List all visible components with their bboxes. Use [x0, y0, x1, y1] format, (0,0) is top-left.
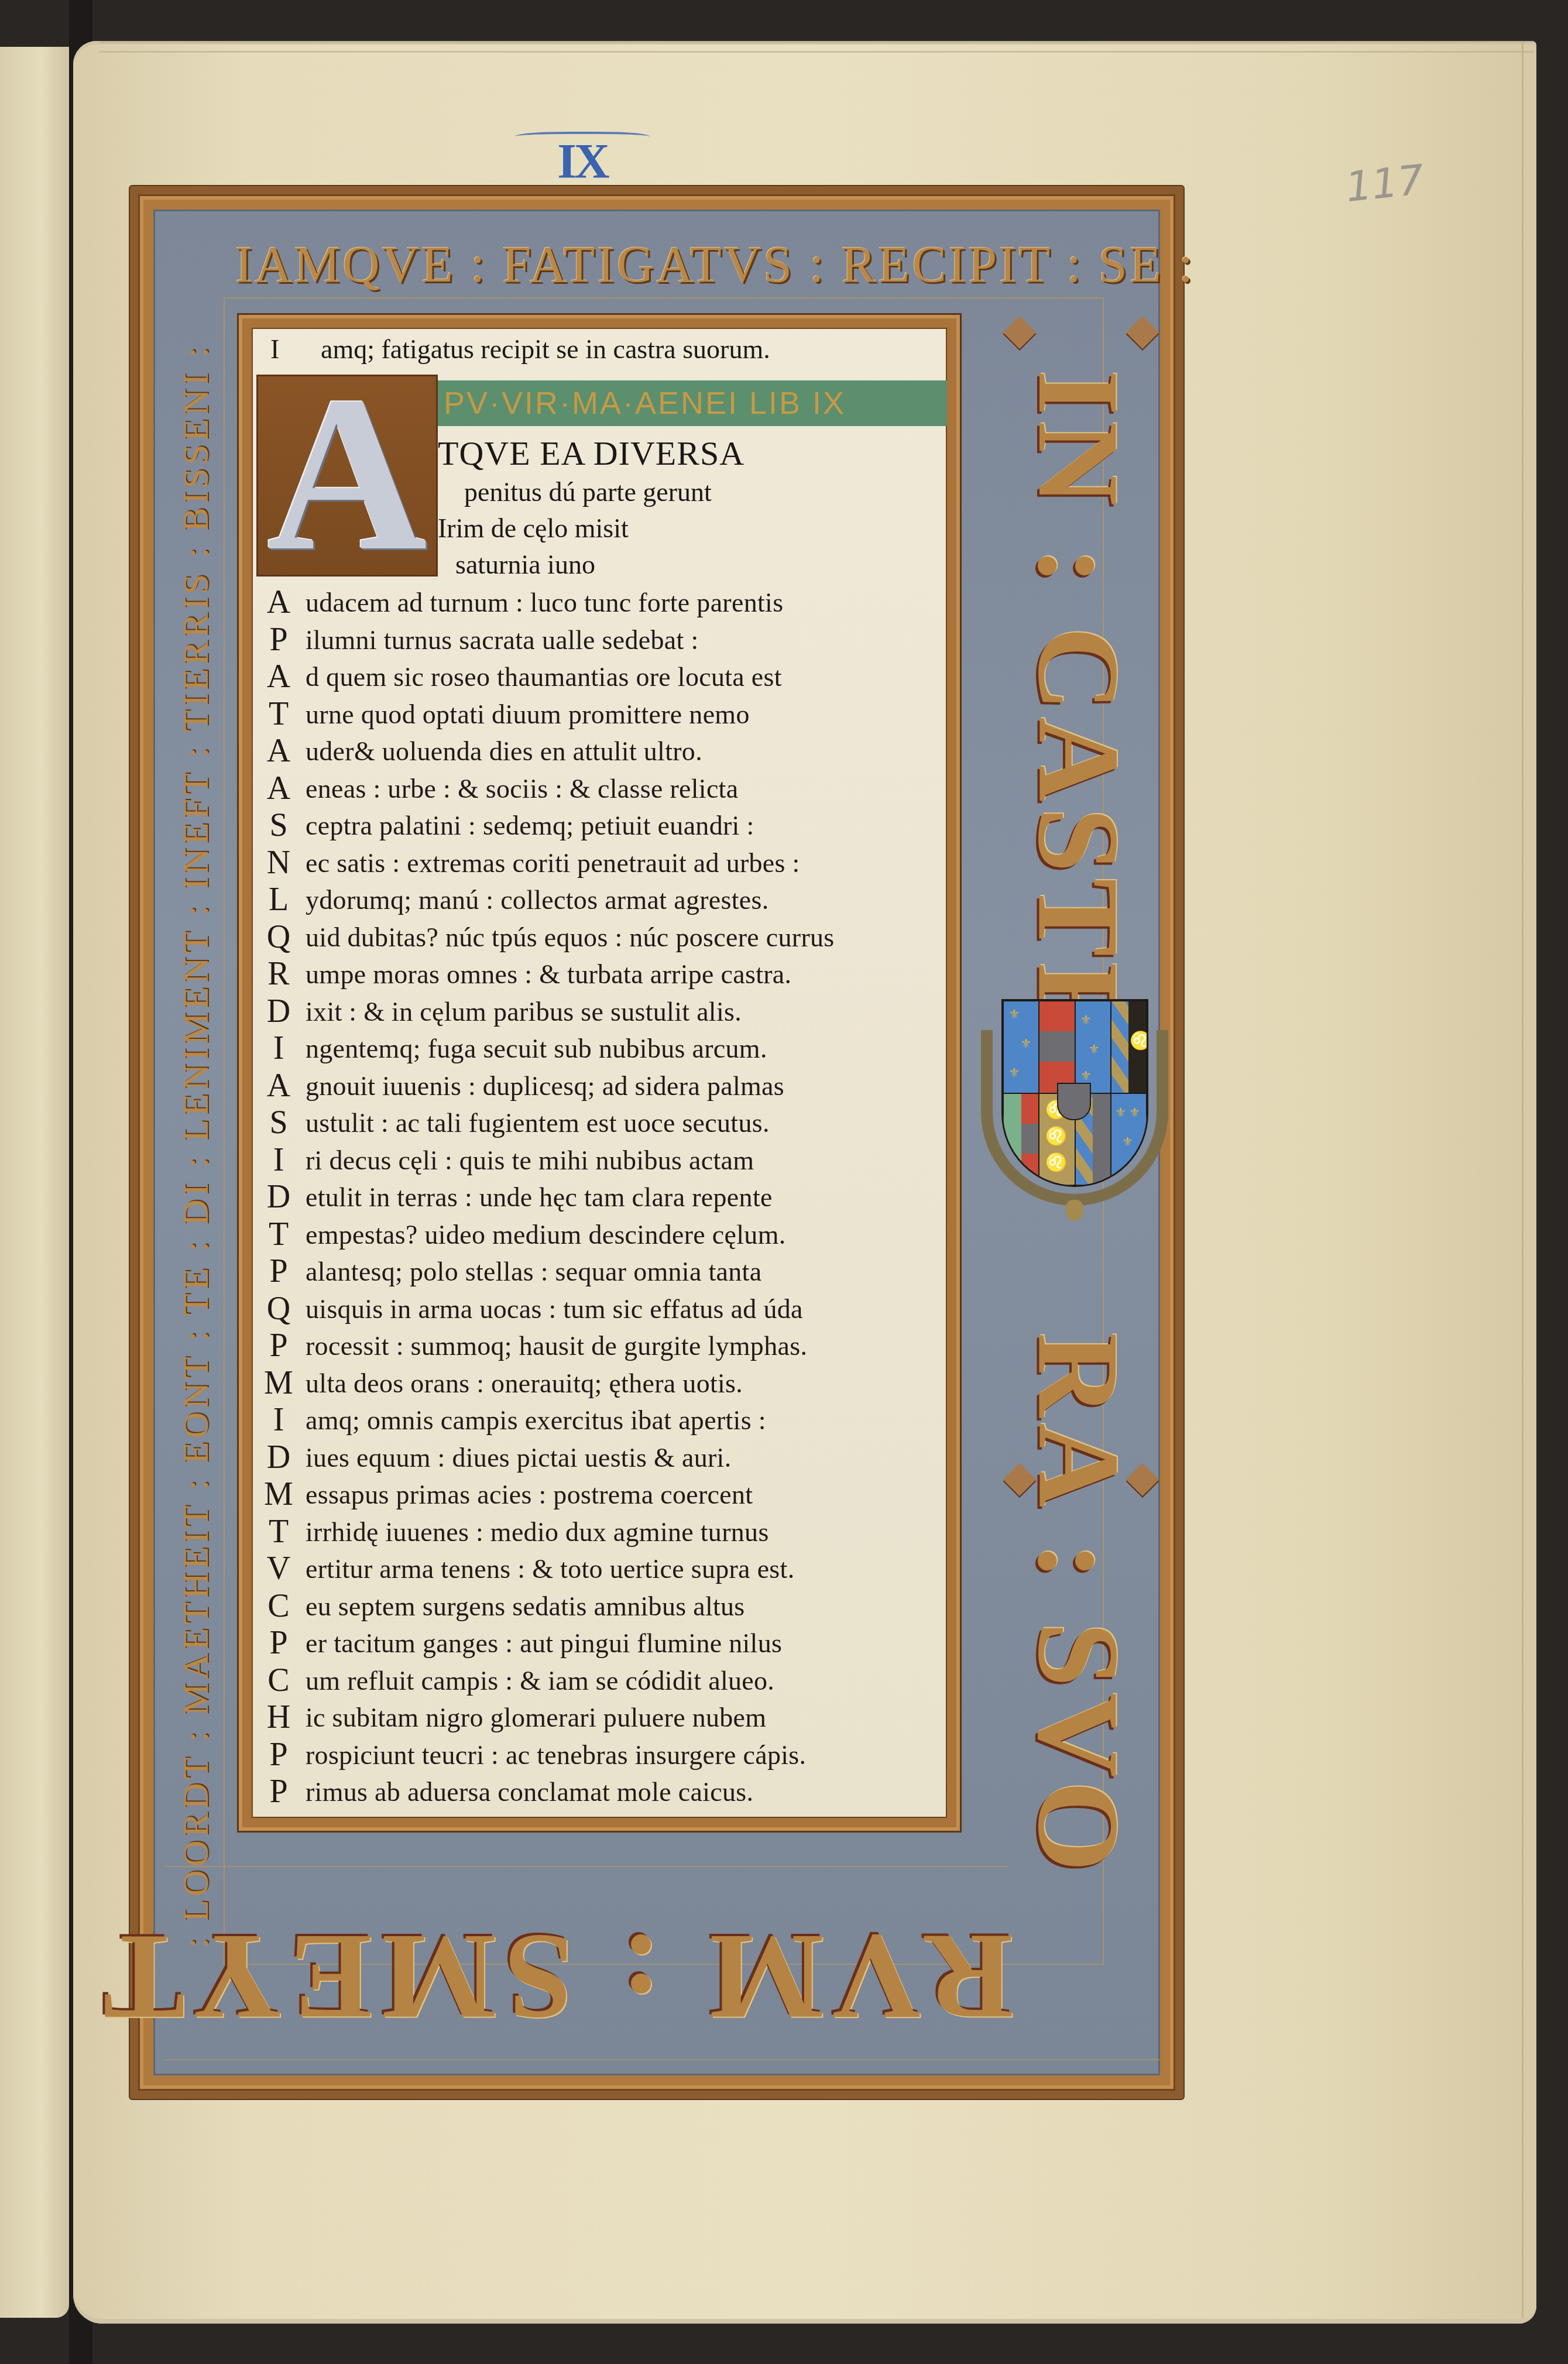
- verse-text: ri decus cęli : quis te mihi nubibus act…: [306, 1142, 754, 1179]
- verse-line: Primus ab aduersa conclamat mole caicus.: [252, 1773, 947, 1811]
- lion-icon: ♌: [1045, 1152, 1067, 1173]
- verse-capital: P: [252, 1773, 306, 1811]
- verse-line: Processit : summoq; hausit de gurgite ly…: [252, 1327, 947, 1365]
- verse-text: umpe moras omnes : & turbata arripe cast…: [306, 956, 791, 993]
- verse-text: ic subitam nigro glomerari puluere nubem: [306, 1699, 766, 1737]
- verse-line: Sustulit : ac tali fugientem est uoce se…: [252, 1104, 947, 1142]
- opening-line: penitus dú parte gerunt: [438, 474, 744, 510]
- checky-field: [1021, 1094, 1039, 1185]
- quarter-green-checky: [1003, 1093, 1039, 1186]
- folio-number: 117: [1343, 153, 1454, 222]
- verse-text: ulta deos orans : onerauitq; ęthera uoti…: [306, 1365, 743, 1402]
- fleur-de-lis-icon: ⚜: [1080, 1013, 1092, 1028]
- lion-icon: ♌: [1130, 1031, 1147, 1051]
- verse-capital: A: [252, 733, 306, 770]
- verse-text: gnouit iuuenis : duplicesq; ad sidera pa…: [306, 1068, 784, 1105]
- verse-capital: R: [252, 956, 306, 993]
- verse-text: iues equum : diues pictai uestis & auri.: [306, 1439, 731, 1477]
- verse-capital: S: [252, 807, 306, 845]
- verse-line: Prospiciunt teucri : ac tenebras insurge…: [252, 1737, 947, 1774]
- verse-line: Quid dubitas? núc tpús equos : núc posce…: [252, 919, 947, 956]
- verse-text: ydorumq; manú : collectos armat agrestes…: [306, 881, 769, 919]
- verse-line: Auder& uoluenda dies en attulit ultro.: [252, 733, 947, 770]
- verse-capital: D: [252, 1179, 306, 1216]
- quarter-checky: [1039, 1001, 1075, 1093]
- verse-line: Lydorumq; manú : collectos armat agreste…: [252, 881, 947, 919]
- fleur-de-lis-icon: ⚜: [1122, 1135, 1134, 1150]
- fleur-de-lis-icon: ⚜: [1020, 1037, 1032, 1051]
- verse-text: ngentemq; fuga secuit sub nubibus arcum.: [306, 1030, 767, 1068]
- verse-text: d quem sic roseo thaumantias ore locuta …: [306, 658, 782, 696]
- verse-line: Iri decus cęli : quis te mihi nubibus ac…: [252, 1142, 947, 1179]
- verse-capital: C: [252, 1588, 306, 1625]
- verse-text: ustulit : ac tali fugientem est uoce sec…: [306, 1104, 770, 1142]
- golden-fleece-pendant: [1066, 1200, 1083, 1221]
- fleur-de-lis-icon: ⚜: [1008, 1066, 1020, 1080]
- verse-text: eu septem surgens sedatis amnibus altus: [306, 1588, 745, 1625]
- bottom-inscription: RVM : SMEYT: [171, 1901, 1014, 2053]
- illuminated-initial: A: [256, 375, 438, 577]
- verse-capital: P: [252, 1327, 306, 1365]
- gold-rule: [165, 1866, 1008, 1867]
- verse-capital: I: [252, 1402, 306, 1439]
- verse-line: Messapus primas acies : postrema coercen…: [252, 1476, 947, 1514]
- opening-line: TQVE EA DIVERSA: [438, 433, 744, 474]
- verse-line: Iamq; omnis campis exercitus ibat aperti…: [252, 1402, 947, 1439]
- verse-capital: M: [252, 1365, 306, 1402]
- frame-molding: IAMQVE : FATIGATVS : RECIPIT : SE : : LO…: [138, 194, 1175, 2091]
- verse-text: uisquis in arma uocas : tum sic effatus …: [306, 1291, 803, 1328]
- verse-capital: A: [252, 770, 306, 808]
- verse-line: Ingentemq; fuga secuit sub nubibus arcum…: [252, 1030, 947, 1068]
- verse-text: etulit in terras : unde hęc tam clara re…: [306, 1179, 773, 1216]
- verse-capital: A: [252, 1068, 306, 1105]
- verse-capital: Q: [252, 919, 306, 956]
- verse-capital: P: [252, 1625, 306, 1662]
- verse-line: Tirrhidę iuuenes : medio dux agmine turn…: [252, 1514, 947, 1551]
- verse-line: Detulit in terras : unde hęc tam clara r…: [252, 1179, 947, 1216]
- fleur-de-lis-icon: ⚜: [1089, 1042, 1100, 1057]
- quarter-france: ⚜ ⚜ ⚜: [1075, 1001, 1111, 1093]
- verse-line: Dixit : & in cęlum paribus se sustulit a…: [252, 993, 947, 1031]
- verse-text: udacem ad turnum : luco tunc forte paren…: [306, 584, 783, 622]
- verse-line: Ad quem sic roseo thaumantias ore locuta…: [252, 658, 947, 696]
- verse-capital: P: [252, 1253, 306, 1291]
- verse-text: rospiciunt teucri : ac tenebras insurger…: [306, 1737, 806, 1774]
- page-edge-right: [1522, 41, 1536, 2318]
- verse-capital: S: [252, 1104, 306, 1142]
- verse-line: Ceu septem surgens sedatis amnibus altus: [252, 1588, 947, 1625]
- quarter-fleur-de-lis: ⚜ ⚜ ⚜: [1003, 1001, 1039, 1093]
- verse-line: Nec satis : extremas coriti penetrauit a…: [252, 845, 947, 882]
- page-edge-top: [99, 41, 1533, 53]
- opening-line: saturnia iuno: [438, 547, 744, 583]
- lion-icon: ♌: [1045, 1126, 1067, 1147]
- verse-capital: M: [252, 1476, 306, 1514]
- opening-lines: TQVE EA DIVERSA penitus dú parte gerunt …: [438, 433, 744, 583]
- verse-text: empestas? uideo medium descindere cęlum.: [306, 1216, 786, 1254]
- verse-line: Rumpe moras omnes : & turbata arripe cas…: [252, 956, 947, 993]
- verse-list: Audacem ad turnum : luco tunc forte pare…: [252, 584, 947, 1811]
- initial-letter-a: A: [256, 363, 438, 565]
- verse-text: ceptra palatini : sedemq; petiuit euandr…: [306, 807, 754, 845]
- heraldic-shield: ⚜ ⚜ ⚜ ⚜ ⚜ ⚜ ♌: [1003, 1001, 1147, 1185]
- verse-text: urne quod optati diuum promittere nemo: [306, 696, 750, 733]
- verse-text: uder& uoluenda dies en attulit ultro.: [306, 733, 702, 770]
- verse-text: er tacitum ganges : aut pingui flumine n…: [306, 1625, 782, 1662]
- verse-text: ertitur arma tenens : & toto uertice sup…: [306, 1550, 794, 1588]
- verse-line: Pilumni turnus sacrata ualle sedebat :: [252, 622, 947, 659]
- book-rubric: PV·VIR·MA·AENEI LIB IX: [438, 380, 947, 426]
- fleur-de-lis-icon: ⚜: [1008, 1007, 1020, 1022]
- verse-text: um refluit campis : & iam se códidit alu…: [306, 1662, 774, 1700]
- verse-capital: A: [252, 658, 306, 696]
- verse-capital: I: [252, 1030, 306, 1068]
- left-inscription-text: : LOORDT : MAETHEIT : EONT : TE : DI : L…: [176, 239, 217, 2053]
- verse-text: uid dubitas? núc tpús equos : núc poscer…: [306, 919, 835, 956]
- lion-field: ♌: [1128, 1001, 1146, 1093]
- quarter-france-modern: ⚜ ⚜ ⚜: [1111, 1093, 1147, 1186]
- verse-capital: T: [252, 1216, 306, 1254]
- verse-line: Tempestas? uideo medium descindere cęlum…: [252, 1216, 947, 1254]
- verse-line: Vertitur arma tenens : & toto uertice su…: [252, 1550, 947, 1588]
- verse-capital: N: [252, 845, 306, 882]
- inescutcheon: [1057, 1083, 1091, 1120]
- gold-rule: [165, 2059, 1160, 2060]
- verse-line: Audacem ad turnum : luco tunc forte pare…: [252, 584, 947, 622]
- left-inscription: : LOORDT : MAETHEIT : EONT : TE : DI : L…: [164, 233, 228, 2059]
- illuminated-border-frame: IAMQVE : FATIGATVS : RECIPIT : SE : : LO…: [130, 186, 1183, 2099]
- fleur-de-lis-icon: ⚜: [1080, 1069, 1092, 1083]
- opening-line: Irim de cęlo misit: [438, 510, 744, 547]
- chapter-number: IX: [515, 132, 650, 192]
- verse-text: eneas : urbe : & sociis : & classe relic…: [306, 770, 738, 808]
- verse-text: ilumni turnus sacrata ualle sedebat :: [306, 622, 699, 659]
- verse-text: ec satis : extremas coriti penetrauit ad…: [306, 845, 800, 882]
- verse-line: Cum refluit campis : & iam se códidit al…: [252, 1662, 947, 1700]
- verse-capital: V: [252, 1550, 306, 1588]
- verse-line: Multa deos orans : onerauitq; ęthera uot…: [252, 1365, 947, 1402]
- verse-text: alantesq; polo stellas : sequar omnia ta…: [306, 1253, 761, 1291]
- verse-line: Aeneas : urbe : & sociis : & classe reli…: [252, 770, 947, 808]
- verse-text: ixit : & in cęlum paribus se sustulit al…: [306, 993, 742, 1031]
- verse-capital: P: [252, 1737, 306, 1774]
- verse-capital: P: [252, 622, 306, 659]
- verse-capital: T: [252, 696, 306, 733]
- verse-line: Palantesq; polo stellas : sequar omnia t…: [252, 1253, 947, 1291]
- verse-text: amq; omnis campis exercitus ibat apertis…: [306, 1402, 766, 1439]
- verse-line: Diues equum : diues pictai uestis & auri…: [252, 1439, 947, 1477]
- verse-text: essapus primas acies : postrema coercent: [306, 1476, 753, 1514]
- verse-text: rocessit : summoq; hausit de gurgite lym…: [306, 1327, 807, 1365]
- verse-capital: D: [252, 993, 306, 1031]
- verse-text: irrhidę iuuenes : medio dux agmine turnu…: [306, 1514, 769, 1551]
- text-block-frame: Iamq; fatigatus recipit se in castra suo…: [239, 315, 960, 1831]
- verse-line: Per tacitum ganges : aut pingui flumine …: [252, 1625, 947, 1662]
- verse-capital: L: [252, 881, 306, 919]
- verse-capital: D: [252, 1439, 306, 1477]
- quarter-burgundy: ♌: [1111, 1001, 1147, 1093]
- verse-line: Sceptra palatini : sedemq; petiuit euand…: [252, 807, 947, 845]
- verse-capital: I: [252, 1142, 306, 1179]
- verse-capital: A: [252, 584, 306, 622]
- verse-capital: T: [252, 1514, 306, 1551]
- fleur-de-lis-icon: ⚜: [1115, 1106, 1127, 1120]
- verse-capital: Q: [252, 1291, 306, 1328]
- verse-capital: H: [252, 1699, 306, 1737]
- coat-of-arms: ⚜ ⚜ ⚜ ⚜ ⚜ ⚜ ♌: [981, 989, 1168, 1217]
- verse-line: Turne quod optati diuum promittere nemo: [252, 696, 947, 733]
- verse-capital: C: [252, 1662, 306, 1700]
- fleur-de-lis-icon: ⚜: [1129, 1106, 1141, 1120]
- verse-line: Quisquis in arma uocas : tum sic effatus…: [252, 1291, 947, 1328]
- grey-field: [1093, 1094, 1110, 1185]
- verse-line: Hic subitam nigro glomerari puluere nube…: [252, 1699, 947, 1737]
- verse-line: Agnouit iuuenis : duplicesq; ad sidera p…: [252, 1068, 947, 1105]
- verse-text: rimus ab aduersa conclamat mole caicus.: [306, 1773, 753, 1811]
- green-field: [1004, 1094, 1021, 1185]
- facing-page-edge: [0, 47, 69, 2318]
- text-panel: Iamq; fatigatus recipit se in castra suo…: [252, 328, 947, 1818]
- blue-border-band: IAMQVE : FATIGATVS : RECIPIT : SE : : LO…: [153, 210, 1160, 2075]
- bendy-field: [1111, 1001, 1129, 1093]
